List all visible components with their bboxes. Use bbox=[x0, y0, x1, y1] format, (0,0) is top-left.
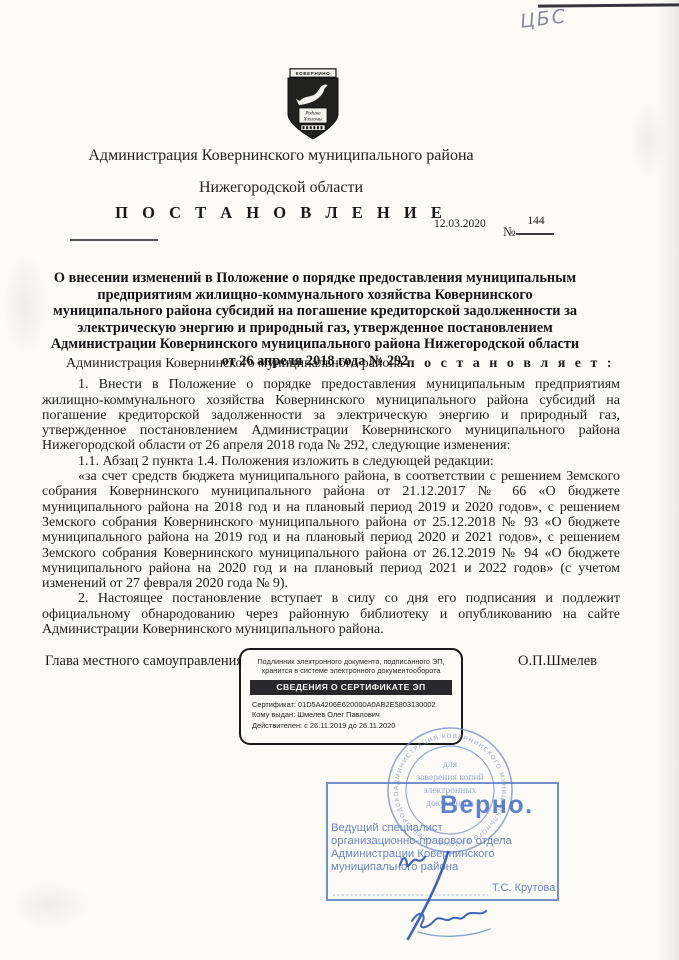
paragraph-quote: «за счет средств бюджета муниципального … bbox=[42, 469, 620, 591]
emblem-banner-text: КОВЕРНИНО bbox=[296, 71, 331, 76]
coat-of-arms-icon: КОВЕРНИНО Родина Хохломы bbox=[286, 68, 340, 147]
paragraph-2: 2. Настоящее постановление вступает в си… bbox=[42, 591, 620, 637]
certifier-line2: организационно-правового отдела bbox=[331, 835, 513, 847]
document-date: 12.03.2020 bbox=[434, 218, 486, 230]
document-body: Администрация Ковернинского муниципально… bbox=[42, 356, 620, 637]
pencil-note: ЦБС bbox=[519, 5, 568, 33]
document-subject: О внесении изменений в Положение о поряд… bbox=[45, 270, 585, 370]
number-underline bbox=[516, 233, 554, 235]
preamble-verb: п о с т а н о в л я е т : bbox=[407, 356, 615, 371]
signer-name: О.П.Шмелев bbox=[518, 653, 597, 670]
paragraph-1-1: 1.1. Абзац 2 пункта 1.4. Положения излож… bbox=[42, 454, 620, 469]
verification-stamp: АДМИНИСТРАЦИЯ КОВЕРНИНСКОГО МУНИЦИПАЛЬНО… bbox=[300, 715, 679, 960]
org-name-line-1: Администрация Ковернинского муниципально… bbox=[0, 147, 562, 165]
scan-smudge bbox=[2, 250, 48, 360]
certifier-line1: Ведущий специалист bbox=[331, 822, 443, 834]
blank-date-line bbox=[70, 239, 158, 241]
rect-stamp: Верно. Ведущий специалист организационно… bbox=[327, 783, 558, 900]
round-stamp-center-line1: для bbox=[443, 759, 458, 770]
document-number: 144 bbox=[518, 215, 554, 227]
esign-bar-title: СВЕДЕНИЯ О СЕРТИФИКАТЕ ЭП bbox=[250, 680, 452, 695]
certifier-name: Т.С. Крутова bbox=[492, 882, 556, 894]
org-name-line-2: Нижегородской области bbox=[0, 179, 562, 197]
emblem-motto-line2: Хохломы bbox=[303, 118, 323, 123]
preamble-lead: Администрация Ковернинского муниципально… bbox=[66, 356, 403, 371]
emblem-motto-line1: Родина bbox=[304, 112, 321, 117]
certifier-line3: Администрации Ковернинского bbox=[331, 848, 495, 860]
scanned-document-page: ЦБС КОВЕРНИНО Родина Хохломы Администрац… bbox=[0, 0, 679, 960]
paragraph-1: 1. Внести в Положение о порядке предоста… bbox=[42, 377, 620, 453]
esign-cert-value: 01D5A4206E620000A0AB2E5803130002 bbox=[298, 700, 436, 709]
scan-smudge bbox=[10, 880, 90, 930]
esign-note-line1: Подлинник электронного документа, подпис… bbox=[241, 657, 461, 666]
esign-cert-line: Сертификат: 01D5A4206E620000A0AB2E580313… bbox=[252, 700, 461, 711]
scan-smudge bbox=[630, 100, 666, 180]
number-sign: № bbox=[503, 224, 515, 240]
round-stamp-center-line2: заверения копий bbox=[416, 772, 483, 783]
verno-text: Верно. bbox=[440, 791, 534, 819]
esign-note-line2: хранится в системе электронного документ… bbox=[241, 666, 461, 675]
preamble: Администрация Ковернинского муниципально… bbox=[42, 356, 620, 371]
certifier-line4: муниципального района bbox=[331, 861, 459, 873]
signer-position: Глава местного самоуправления bbox=[45, 653, 243, 670]
